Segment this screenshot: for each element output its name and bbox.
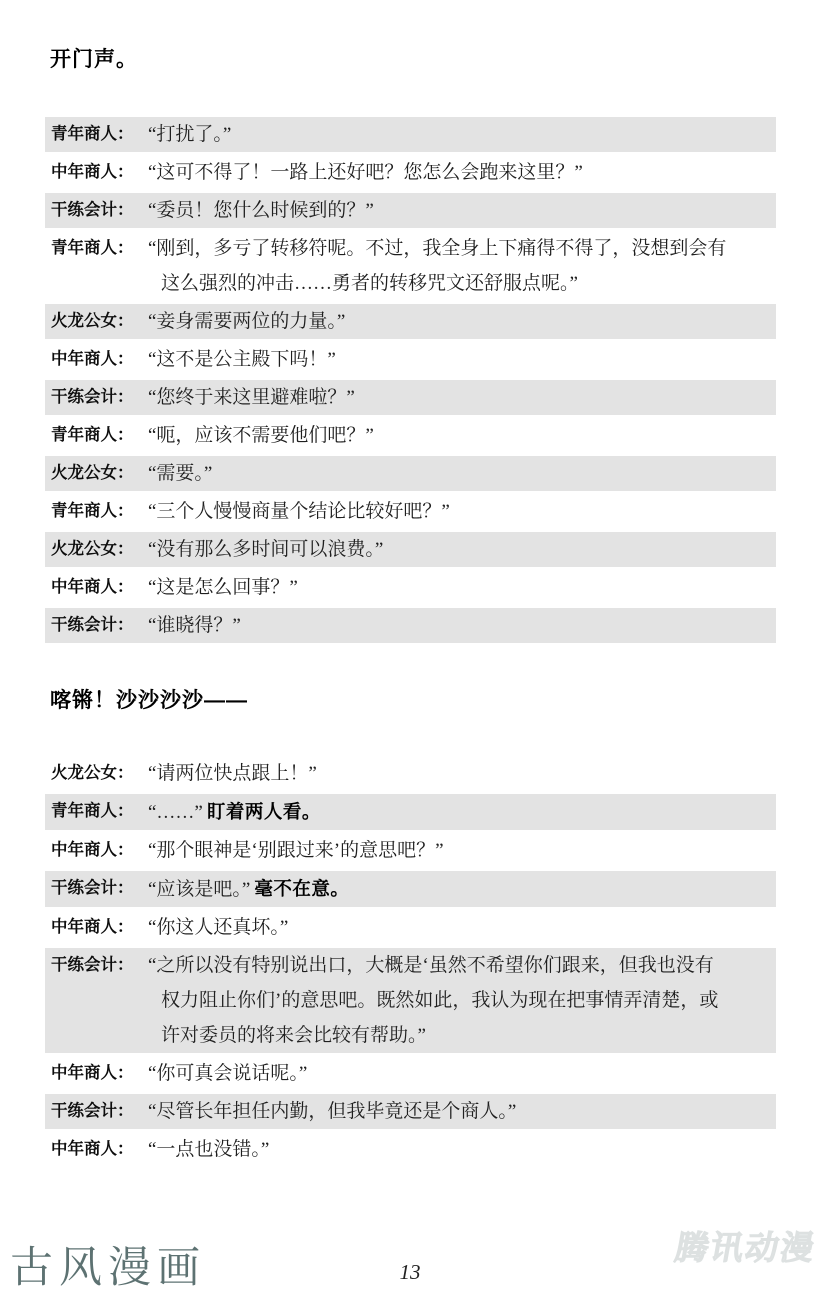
speaker-label: 干练会计： (51, 871, 148, 906)
dialogue-row: 干练会计：“委员！您什么时候到的？” (45, 193, 776, 228)
dialogue-text: “之所以没有特别说出口，大概是‘虽然不希望你们跟来，但我也没有 权力阻止你们’的… (148, 948, 770, 1053)
dialogue-row: 中年商人：“你这人还真坏。” (45, 910, 776, 945)
speaker-label: 干练会计： (51, 193, 148, 228)
speaker-label: 干练会计： (51, 608, 148, 643)
speaker-label: 中年商人： (51, 155, 148, 190)
dialogue-row: 中年商人：“这不是公主殿下吗！” (45, 342, 776, 377)
dialogue-section-2: 火龙公女：“请两位快点跟上！”青年商人：“……”盯着两人看。中年商人：“那个眼神… (45, 756, 776, 1167)
dialogue-row: 中年商人：“一点也没错。” (45, 1132, 776, 1167)
speaker-label: 青年商人： (51, 418, 148, 453)
dialogue-text: “谁晓得？” (148, 608, 770, 643)
dialogue-text: “请两位快点跟上！” (148, 756, 770, 791)
dialogue-row: 中年商人：“这是怎么回事？” (45, 570, 776, 605)
scene-heading-sfx: 喀锵！沙沙沙沙—— (50, 687, 820, 714)
dialogue-text: “这是怎么回事？” (148, 570, 770, 605)
speaker-label: 中年商人： (51, 910, 148, 945)
dialogue-text: “你可真会说话呢。” (148, 1056, 770, 1091)
dialogue-text: “打扰了。” (148, 117, 770, 152)
dialogue-row: 火龙公女：“妾身需要两位的力量。” (45, 304, 776, 339)
dialogue-row: 干练会计：“谁晓得？” (45, 608, 776, 643)
speaker-label: 干练会计： (51, 948, 148, 983)
dialogue-text: “一点也没错。” (148, 1132, 770, 1167)
dialogue-row: 中年商人：“那个眼神是‘别跟过来’的意思吧？” (45, 833, 776, 868)
dialogue-row: 干练会计：“尽管长年担任内勤，但我毕竟还是个商人。” (45, 1094, 776, 1129)
speaker-label: 火龙公女： (51, 756, 148, 791)
dialogue-row: 青年商人：“呃，应该不需要他们吧？” (45, 418, 776, 453)
speaker-label: 中年商人： (51, 570, 148, 605)
dialogue-row: 干练会计：“之所以没有特别说出口，大概是‘虽然不希望你们跟来，但我也没有 权力阻… (45, 948, 776, 1053)
dialogue-text: “委员！您什么时候到的？” (148, 193, 770, 228)
speaker-label: 干练会计： (51, 1094, 148, 1129)
dialogue-text: “没有那么多时间可以浪费。” (148, 532, 770, 567)
dialogue-row: 青年商人：“三个人慢慢商量个结论比较好吧？” (45, 494, 776, 529)
dialogue-text: “呃，应该不需要他们吧？” (148, 418, 770, 453)
speaker-label: 火龙公女： (51, 304, 148, 339)
speaker-label: 青年商人： (51, 494, 148, 529)
dialogue-row: 中年商人：“这可不得了！一路上还好吧？您怎么会跑来这里？” (45, 155, 776, 190)
script-page: 开门声。 青年商人：“打扰了。”中年商人：“这可不得了！一路上还好吧？您怎么会跑… (0, 0, 820, 1291)
dialogue-row: 干练会计：“您终于来这里避难啦？” (45, 380, 776, 415)
dialogue-text: “这不是公主殿下吗！” (148, 342, 770, 377)
dialogue-row: 火龙公女：“没有那么多时间可以浪费。” (45, 532, 776, 567)
dialogue-row: 火龙公女：“需要。” (45, 456, 776, 491)
scene-heading-door-sound: 开门声。 (50, 0, 820, 73)
dialogue-text: “应该是吧。”毫不在意。 (148, 871, 770, 907)
speaker-label: 火龙公女： (51, 532, 148, 567)
dialogue-text: “刚到，多亏了转移符呢。不过，我全身上下痛得不得了，没想到会有 这么强烈的冲击…… (148, 231, 770, 301)
dialogue-row: 青年商人：“打扰了。” (45, 117, 776, 152)
speaker-label: 中年商人： (51, 1132, 148, 1167)
speaker-label: 中年商人： (51, 1056, 148, 1091)
tencent-watermark: 腾讯动漫 (672, 1222, 820, 1269)
dialogue-row: 青年商人：“……”盯着两人看。 (45, 794, 776, 830)
dialogue-text: “这可不得了！一路上还好吧？您怎么会跑来这里？” (148, 155, 770, 190)
speaker-label: 中年商人： (51, 833, 148, 868)
dialogue-row: 火龙公女：“请两位快点跟上！” (45, 756, 776, 791)
dialogue-text: “你这人还真坏。” (148, 910, 770, 945)
dialogue-text: “那个眼神是‘别跟过来’的意思吧？” (148, 833, 770, 868)
speaker-label: 火龙公女： (51, 456, 148, 491)
speaker-label: 青年商人： (51, 794, 148, 829)
dialogue-row: 干练会计：“应该是吧。”毫不在意。 (45, 871, 776, 907)
speaker-label: 干练会计： (51, 380, 148, 415)
stage-direction-bold: 毫不在意。 (254, 878, 349, 899)
dialogue-text: “需要。” (148, 456, 770, 491)
dialogue-row: 青年商人：“刚到，多亏了转移符呢。不过，我全身上下痛得不得了，没想到会有 这么强… (45, 231, 776, 301)
stage-direction-bold: 盯着两人看。 (207, 801, 321, 822)
speaker-label: 青年商人： (51, 231, 148, 266)
speaker-label: 中年商人： (51, 342, 148, 377)
dialogue-text: “妾身需要两位的力量。” (148, 304, 770, 339)
dialogue-section-1: 青年商人：“打扰了。”中年商人：“这可不得了！一路上还好吧？您怎么会跑来这里？”… (45, 117, 776, 643)
dialogue-text: “三个人慢慢商量个结论比较好吧？” (148, 494, 770, 529)
dialogue-text: “尽管长年担任内勤，但我毕竟还是个商人。” (148, 1094, 770, 1129)
dialogue-text: “……”盯着两人看。 (148, 794, 770, 830)
dialogue-row: 中年商人：“你可真会说话呢。” (45, 1056, 776, 1091)
dialogue-text: “您终于来这里避难啦？” (148, 380, 770, 415)
speaker-label: 青年商人： (51, 117, 148, 152)
